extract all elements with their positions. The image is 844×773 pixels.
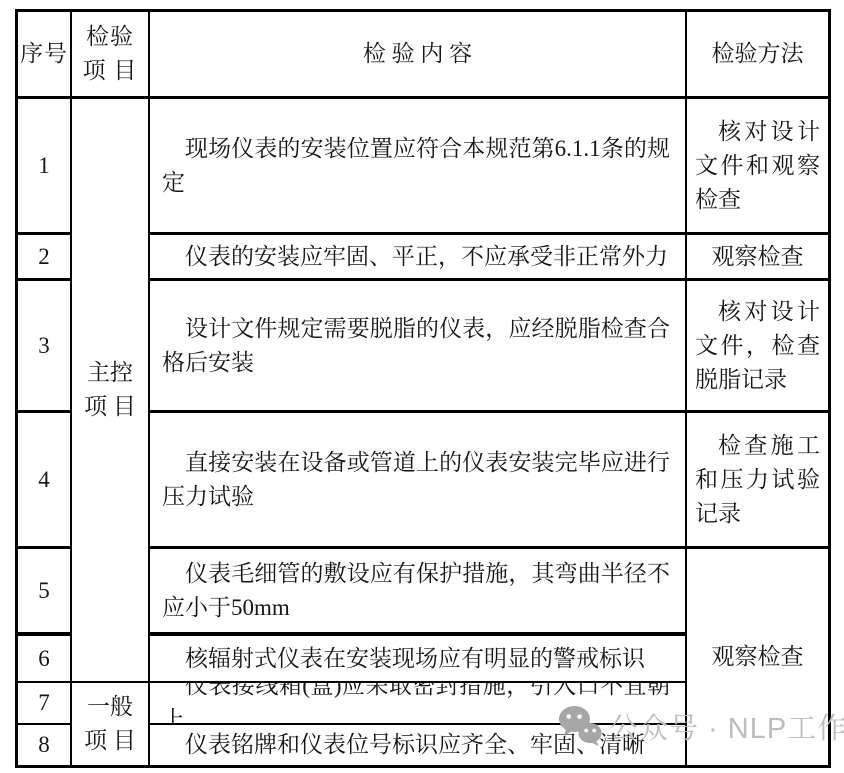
- content-text-8: 仪表铭牌和仪表位号标识应齐全、牢固、清晰: [150, 728, 685, 762]
- content-text-3: 设计文件规定需要脱脂的仪表，应经脱脂检查合格后安装: [150, 312, 685, 380]
- header-content-label: 检 验 内 容: [363, 37, 472, 71]
- row-no-5: 5: [38, 574, 50, 608]
- method-text-4: 检查施工和压力试验记录: [687, 429, 828, 531]
- group-main-line1: 主控: [87, 356, 133, 390]
- row-number: 4: [18, 413, 72, 549]
- header-cell-method: 检验方法: [687, 12, 828, 99]
- group-label-main-control: 主控 项 目: [72, 99, 150, 683]
- row-no-3: 3: [38, 329, 50, 363]
- content-cell: 仪表铭牌和仪表位号标识应齐全、牢固、清晰: [150, 725, 687, 765]
- group-main-line2: 项 目: [84, 390, 136, 424]
- row-number: 2: [18, 235, 72, 281]
- method-cell: 核对设计文件和观察检查: [687, 99, 828, 235]
- method-cell: 检查施工和压力试验记录: [687, 413, 828, 549]
- method-cell: 核对设计文件，检查脱脂记录: [687, 281, 828, 413]
- group-label-general: 一般 项 目: [72, 683, 150, 765]
- row-no-4: 4: [38, 463, 50, 497]
- group-general-line2: 项 目: [84, 724, 136, 758]
- content-text-7: 仪表接线箱(盒)应采取密封措施，引入口不宜朝上: [150, 683, 685, 725]
- content-cell: 设计文件规定需要脱脂的仪表，应经脱脂检查合格后安装: [150, 281, 687, 413]
- row-no-2: 2: [38, 240, 50, 274]
- method-text-2: 观察检查: [712, 240, 804, 274]
- content-text-2: 仪表的安装应牢固、平正，不应承受非正常外力: [150, 240, 685, 274]
- method-text-3: 核对设计文件，检查脱脂记录: [687, 295, 828, 397]
- method-cell-shared: 观察检查: [687, 549, 828, 765]
- group-general-line1: 一般: [87, 690, 133, 724]
- row-no-6: 6: [38, 642, 50, 676]
- content-cell: 现场仪表的安装位置应符合本规范第6.1.1条的规定: [150, 99, 687, 235]
- row-number: 6: [18, 636, 72, 683]
- row-number: 8: [18, 725, 72, 765]
- content-cell: 直接安装在设备或管道上的仪表安装完毕应进行压力试验: [150, 413, 687, 549]
- row-number: 5: [18, 549, 72, 636]
- content-cell: 仪表毛细管的敷设应有保护措施，其弯曲半径不应小于50mm: [150, 549, 687, 636]
- document-page: 序号 检验 项 目 检 验 内 容 检验方法 主控 项 目 一般 项 目 观察检…: [0, 0, 844, 773]
- row-no-7: 7: [38, 686, 50, 720]
- shared-method-label: 观察检查: [712, 640, 804, 674]
- content-text-4: 直接安装在设备或管道上的仪表安装完毕应进行压力试验: [150, 446, 685, 514]
- inspection-table: 序号 检验 项 目 检 验 内 容 检验方法 主控 项 目 一般 项 目 观察检…: [15, 9, 831, 768]
- content-cell: 核辐射式仪表在安装现场应有明显的警戒标识: [150, 636, 687, 683]
- content-cell: 仪表的安装应牢固、平正，不应承受非正常外力: [150, 235, 687, 281]
- content-cell: 仪表接线箱(盒)应采取密封措施，引入口不宜朝上: [150, 683, 687, 725]
- method-cell: 观察检查: [687, 235, 828, 281]
- row-number: 3: [18, 281, 72, 413]
- content-text-5: 仪表毛细管的敷设应有保护措施，其弯曲半径不应小于50mm: [150, 557, 685, 625]
- header-item-line1: 检验: [86, 20, 134, 54]
- header-cell-no: 序号: [18, 12, 72, 99]
- header-cell-item: 检验 项 目: [72, 12, 150, 99]
- header-item-line2: 项 目: [83, 54, 138, 88]
- row-no-8: 8: [38, 728, 50, 762]
- row-no-1: 1: [38, 149, 50, 183]
- method-text-1: 核对设计文件和观察检查: [687, 115, 828, 217]
- header-no-label: 序号: [20, 37, 68, 71]
- header-cell-content: 检 验 内 容: [150, 12, 687, 99]
- row-number: 7: [18, 683, 72, 725]
- content-text-6: 核辐射式仪表在安装现场应有明显的警戒标识: [150, 642, 685, 676]
- row-number: 1: [18, 99, 72, 235]
- header-method-label: 检验方法: [712, 37, 804, 71]
- content-text-1: 现场仪表的安装位置应符合本规范第6.1.1条的规定: [150, 132, 685, 200]
